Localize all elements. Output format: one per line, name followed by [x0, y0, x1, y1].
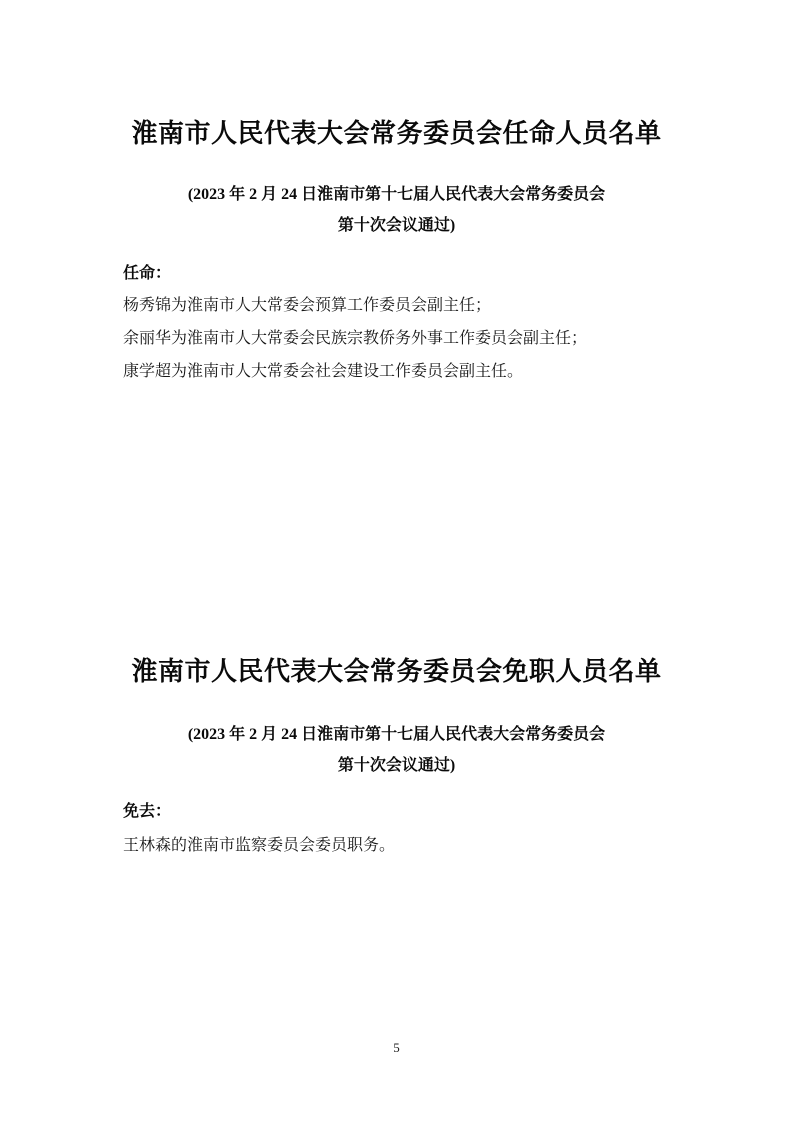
- removal-label: 免去：: [123, 802, 171, 822]
- removal-item: 王林森的淮南市监察委员会委员职务。: [123, 829, 693, 862]
- appointment-item: 杨秀锦为淮南市人大常委会预算工作委员会副主任；: [123, 289, 693, 322]
- removal-subtitle-line-2: 第十次会议通过): [0, 750, 793, 781]
- removal-section-title: 淮南市人民代表大会常务委员会免职人员名单: [0, 654, 793, 690]
- page-number: 5: [0, 1040, 793, 1056]
- removal-subtitle-line-1: (2023 年 2 月 24 日淮南市第十七届人民代表大会常务委员会: [0, 719, 793, 750]
- appointment-section-subtitle: (2023 年 2 月 24 日淮南市第十七届人民代表大会常务委员会 第十次会议…: [0, 179, 793, 241]
- appointment-subtitle-line-2: 第十次会议通过): [0, 210, 793, 241]
- document-page: 淮南市人民代表大会常务委员会任命人员名单 (2023 年 2 月 24 日淮南市…: [0, 0, 793, 1122]
- appointment-list: 杨秀锦为淮南市人大常委会预算工作委员会副主任； 余丽华为淮南市人大常委会民族宗教…: [123, 289, 693, 388]
- appointment-section-title: 淮南市人民代表大会常务委员会任命人员名单: [0, 116, 793, 152]
- appointment-item: 康学超为淮南市人大常委会社会建设工作委员会副主任。: [123, 355, 693, 388]
- appointment-label: 任命：: [123, 264, 171, 284]
- appointment-item: 余丽华为淮南市人大常委会民族宗教侨务外事工作委员会副主任；: [123, 322, 693, 355]
- removal-section-subtitle: (2023 年 2 月 24 日淮南市第十七届人民代表大会常务委员会 第十次会议…: [0, 719, 793, 781]
- removal-list: 王林森的淮南市监察委员会委员职务。: [123, 829, 693, 862]
- appointment-subtitle-line-1: (2023 年 2 月 24 日淮南市第十七届人民代表大会常务委员会: [0, 179, 793, 210]
